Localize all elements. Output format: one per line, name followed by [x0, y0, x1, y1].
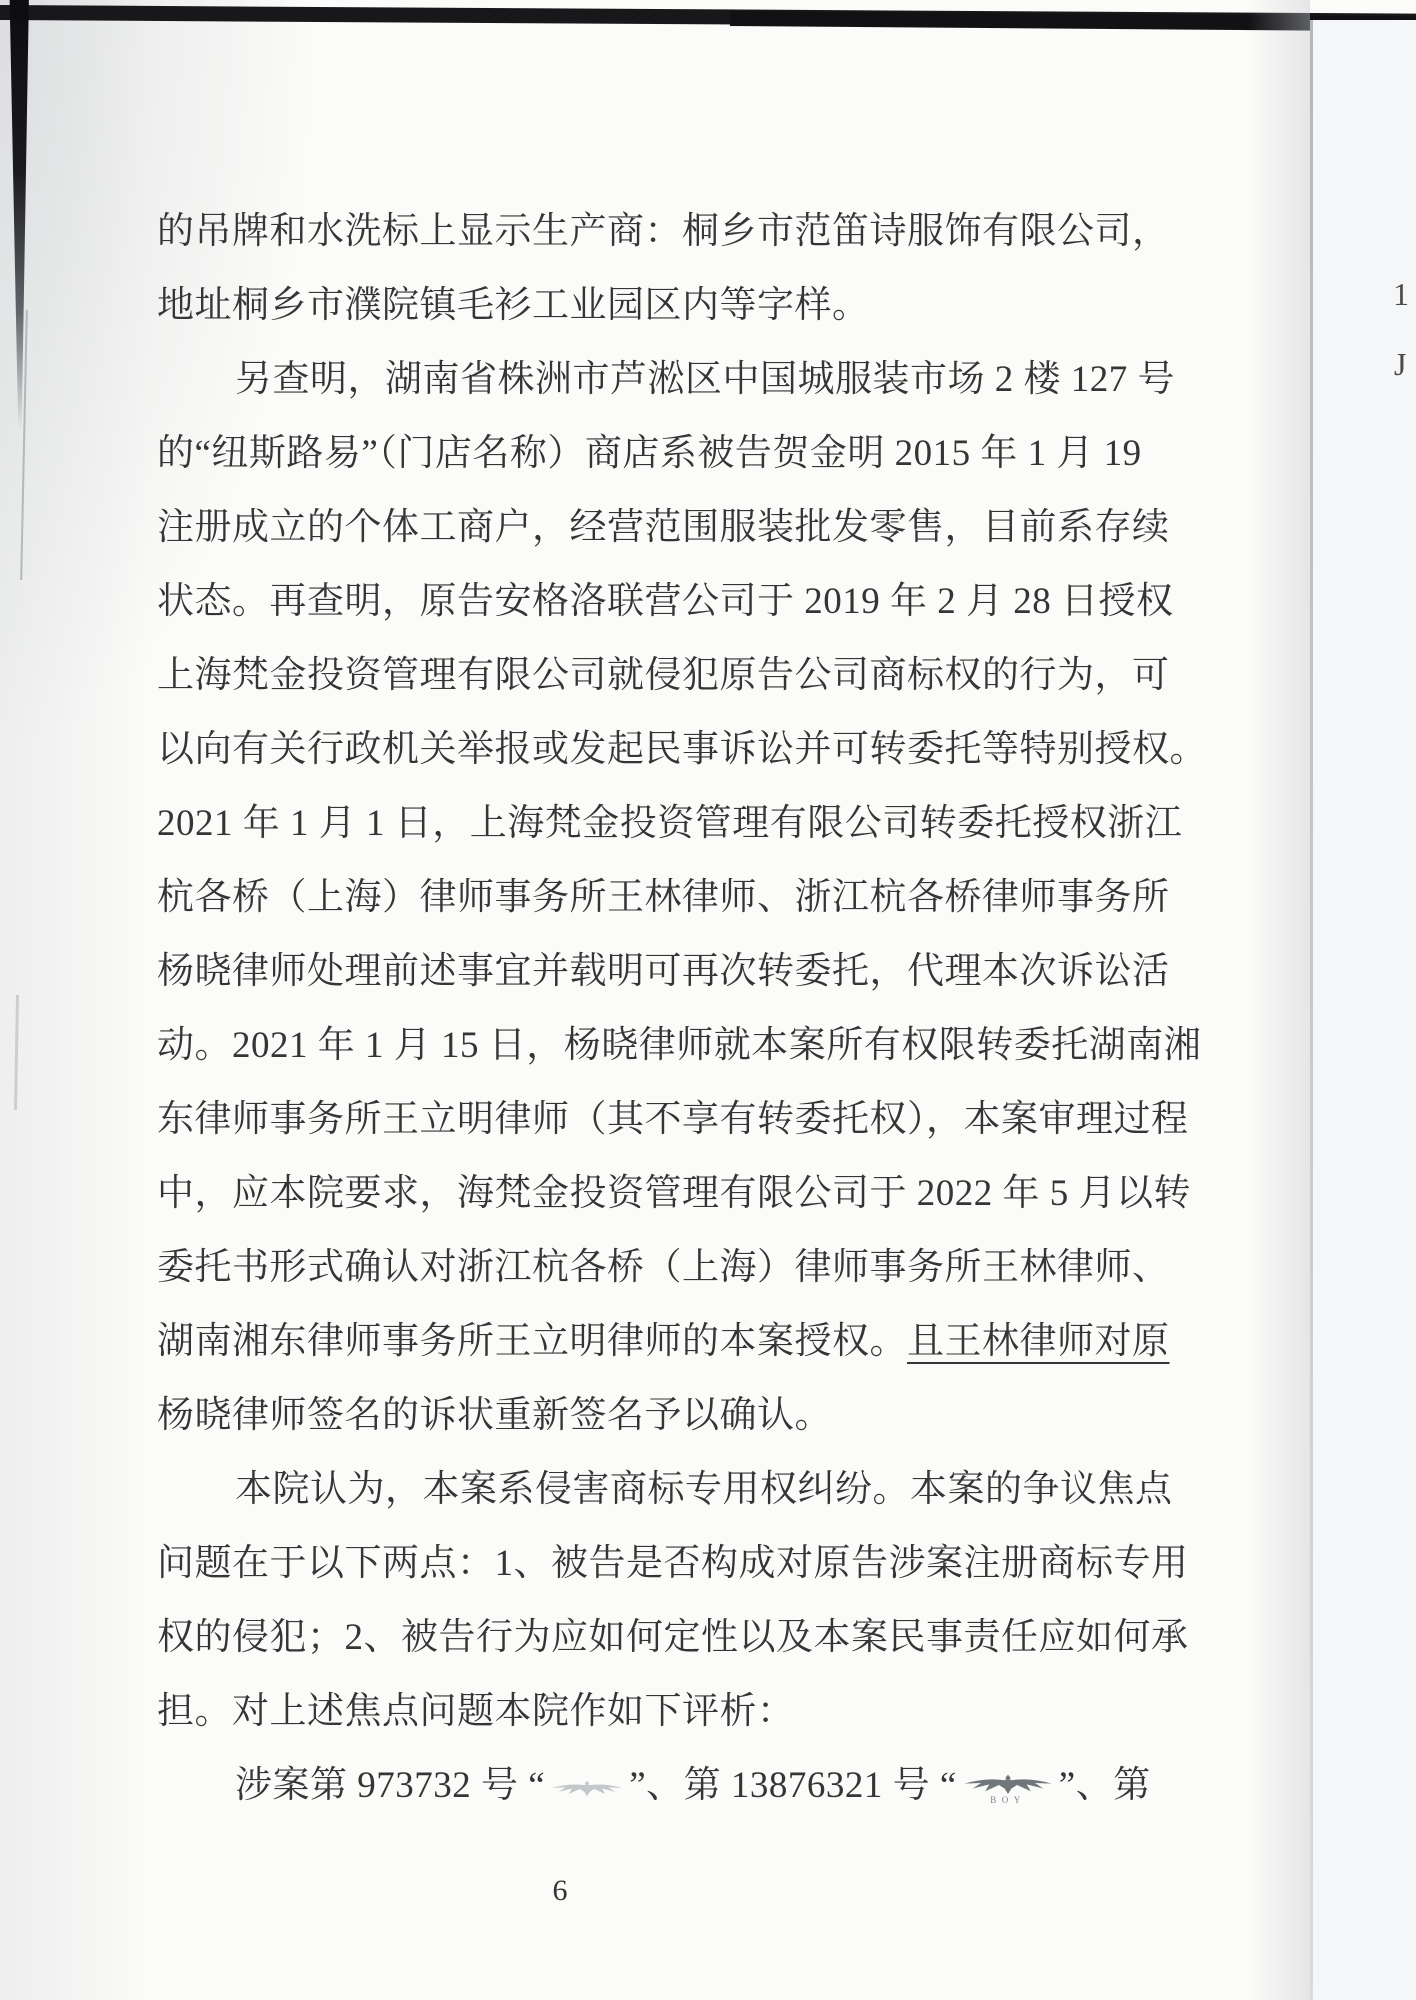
text-line: 上海梵金投资管理有限公司就侵犯原告公司商标权的行为，可	[157, 639, 1019, 713]
text-segment: ”、第	[1059, 1765, 1151, 1806]
text-line: 的“纽斯路易”（门店名称）商店系被告贺金明 2015 年 1 月 19	[157, 417, 1019, 491]
text-line: 以向有关行政机关举报或发起民事诉讼并可转委托等特别授权。	[157, 713, 1019, 787]
text-segment: 的吊牌和水洗标上显示生产商：桐乡市范笛诗服饰有限公司，	[157, 211, 1170, 252]
text-segment: 2021 年 1 月 1 日，上海梵金投资管理有限公司转委托授权浙江	[157, 803, 1182, 844]
text-line: 委托书形式确认对浙江杭各桥（上海）律师事务所王林律师、	[157, 1231, 1019, 1305]
text-line: 状态。再查明，原告安格洛联营公司于 2019 年 2 月 28 日授权	[157, 565, 1019, 639]
text-line: 中，应本院要求，海梵金投资管理有限公司于 2022 年 5 月以转	[157, 1157, 1019, 1231]
svg-text:BOY: BOY	[990, 1795, 1026, 1805]
text-line: 湖南湘东律师事务所王立明律师的本案授权。且王林律师对原	[157, 1305, 1019, 1379]
text-segment: 委托书形式确认对浙江杭各桥（上海）律师事务所王林律师、	[157, 1247, 1170, 1288]
text-segment: 杭各桥（上海）律师事务所王林律师、浙江杭各桥律师事务所	[157, 877, 1170, 918]
text-segment: 担。对上述焦点问题本院作如下评析：	[157, 1691, 795, 1732]
eagle-logo	[551, 1779, 623, 1798]
scan-gutter-shadow	[1248, 0, 1310, 2000]
text-segment: 东律师事务所王立明律师（其不享有转委托权），本案审理过程	[157, 1099, 1189, 1140]
page-number: 6	[0, 1874, 1120, 1908]
text-line: 杨晓律师处理前述事宜并载明可再次转委托，代理本次诉讼活	[157, 935, 1019, 1009]
adjacent-page-partial-text-1: 1	[1393, 278, 1409, 310]
text-line: 另查明，湖南省株洲市芦淞区中国城服装市场 2 楼 127 号	[157, 343, 1019, 417]
scanned-court-document-page: 1 J 的吊牌和水洗标上显示生产商：桐乡市范笛诗服饰有限公司，地址桐乡市濮院镇毛…	[0, 0, 1416, 2000]
text-line: 地址桐乡市濮院镇毛衫工业园区内等字样。	[157, 269, 1019, 343]
text-segment: 湖南湘东律师事务所王立明律师的本案授权。	[157, 1321, 907, 1362]
text-segment: 注册成立的个体工商户，经营范围服装批发零售，目前系存续	[157, 507, 1170, 548]
text-line: 权的侵犯；2、被告行为应如何定性以及本案民事责任应如何承	[157, 1601, 1019, 1675]
text-segment: 中，应本院要求，海梵金投资管理有限公司于 2022 年 5 月以转	[157, 1173, 1191, 1214]
adjacent-page-edge	[1313, 20, 1416, 2000]
text-segment: 上海梵金投资管理有限公司就侵犯原告公司商标权的行为，可	[157, 655, 1170, 696]
text-segment: 涉案第 973732 号 “	[235, 1765, 545, 1806]
text-segment: 地址桐乡市濮院镇毛衫工业园区内等字样。	[157, 285, 870, 326]
text-segment: 本院认为，本案系侵害商标专用权纠纷。本案的争议焦点	[235, 1469, 1173, 1510]
text-segment: 的“纽斯路易”（门店名称）商店系被告贺金明 2015 年 1 月 19	[157, 433, 1142, 474]
text-segment: 权的侵犯；2、被告行为应如何定性以及本案民事责任应如何承	[157, 1617, 1189, 1658]
text-line: 2021 年 1 月 1 日，上海梵金投资管理有限公司转委托授权浙江	[157, 787, 1019, 861]
text-segment: 状态。再查明，原告安格洛联营公司于 2019 年 2 月 28 日授权	[157, 581, 1174, 622]
text-line: 涉案第 973732 号 “ ”、第 13876321 号 “ BOY ”、第	[157, 1749, 1019, 1823]
text-line: 问题在于以下两点：1、被告是否构成对原告涉案注册商标专用	[157, 1527, 1019, 1601]
text-line: 动。2021 年 1 月 15 日，杨晓律师就本案所有权限转委托湖南湘	[157, 1009, 1019, 1083]
text-line: 本院认为，本案系侵害商标专用权纠纷。本案的争议焦点	[157, 1453, 1019, 1527]
text-line: 杭各桥（上海）律师事务所王林律师、浙江杭各桥律师事务所	[157, 861, 1019, 935]
text-line: 担。对上述焦点问题本院作如下评析：	[157, 1675, 1019, 1749]
text-segment: 杨晓律师处理前述事宜并载明可再次转委托，代理本次诉讼活	[157, 951, 1170, 992]
adjacent-page-partial-text-2: J	[1394, 348, 1406, 380]
body-text: 的吊牌和水洗标上显示生产商：桐乡市范笛诗服饰有限公司，地址桐乡市濮院镇毛衫工业园…	[157, 195, 1019, 1823]
text-segment: 动。2021 年 1 月 15 日，杨晓律师就本案所有权限转委托湖南湘	[157, 1025, 1201, 1066]
text-line: 东律师事务所王立明律师（其不享有转委托权），本案审理过程	[157, 1083, 1019, 1157]
text-segment: 另查明，湖南省株洲市芦淞区中国城服装市场 2 楼 127 号	[235, 359, 1175, 400]
text-segment: 以向有关行政机关举报或发起民事诉讼并可转委托等特别授权。	[157, 729, 1207, 770]
text-line: 的吊牌和水洗标上显示生产商：桐乡市范笛诗服饰有限公司，	[157, 195, 1019, 269]
text-segment: 问题在于以下两点：1、被告是否构成对原告涉案注册商标专用	[157, 1543, 1189, 1584]
text-segment: 且王林律师对原	[907, 1321, 1170, 1362]
text-line: 注册成立的个体工商户，经营范围服装批发零售，目前系存续	[157, 491, 1019, 565]
text-line: 杨晓律师签名的诉状重新签名予以确认。	[157, 1379, 1019, 1453]
text-segment: 杨晓律师签名的诉状重新签名予以确认。	[157, 1395, 832, 1436]
boy-eagle-logo: BOY	[963, 1772, 1053, 1805]
text-segment: ”、第 13876321 号 “	[629, 1765, 957, 1806]
